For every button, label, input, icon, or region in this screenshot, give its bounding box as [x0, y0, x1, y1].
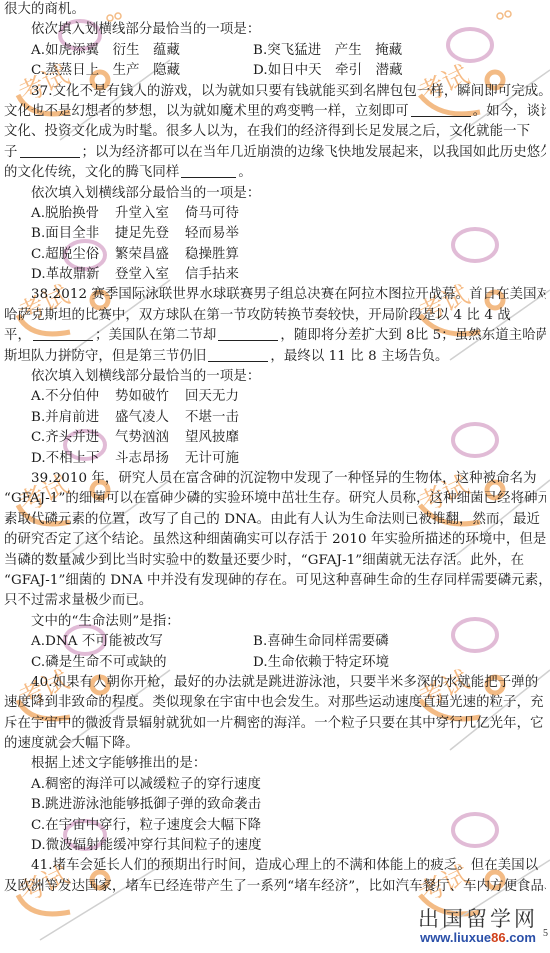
q36-option-d: D.如日中天 牵引 潜藏	[253, 61, 475, 81]
q40-line-3: 斥在宇宙中的微波背景辐射就犹如一片稠密的海洋。一个粒子只要在其中穿行几亿光年，它	[4, 714, 546, 734]
site-name: 出国留学网	[418, 907, 538, 931]
q39-line-6: “GFAJ-1”细菌的 DNA 中并没有发现砷的存在。可见这种喜砷生命的生存同样…	[4, 571, 546, 591]
page-number: 5	[543, 928, 548, 939]
q39-prompt: 文中的“生命法则”是指：	[4, 612, 546, 632]
q38-line-1: 38.2012 赛季国际泳联世界水球联赛男子组总决赛在阿拉木图拉开战幕。首日在美…	[4, 285, 546, 305]
q39-line-2: “GFAJ-1”的细菌可以在富砷少磷的实验环境中茁壮生存。研究人员称，这种细菌已…	[4, 489, 546, 509]
q38-option-a: A.不分伯仲势如破竹回天无力	[4, 387, 546, 407]
q37-prompt: 依次填入划横线部分最恰当的一项是：	[4, 184, 546, 204]
site-url[interactable]: www.liuxue86.com	[418, 931, 538, 945]
q40-option-c: C.在宇宙中穿行，粒子速度会大幅下降	[4, 816, 546, 836]
fill-blank	[33, 327, 93, 341]
q38-option-c: C.齐头并进气势汹汹望风披靡	[4, 428, 546, 448]
q39-option-c: C.磷是生命不可或缺的	[31, 653, 253, 673]
q37-option-a: A.脱胎换骨升堂入室倚马可待	[4, 204, 546, 224]
intro-tail: 很大的商机。	[4, 0, 546, 20]
q36-option-b: B.突飞猛进 产生 掩藏	[253, 41, 475, 61]
q40-line-2: 速度降到非致命的程度。类似现象在宇宙中也会发生。对那些运动速度直逼光速的粒子，充	[4, 693, 546, 713]
q38-prompt: 依次填入划横线部分最恰当的一项是：	[4, 367, 546, 387]
q40-line-1: 40.如果有人朝你开枪，最好的办法就是跳进游泳池，只要半米多深的水就能把子弹的	[4, 673, 546, 693]
q37-line-1: 37.文化不是有钱人的游戏，以为就如只要有钱就能买到名牌包包一样，瞬间即可完成。	[4, 82, 546, 102]
fill-blank	[411, 103, 471, 117]
q40-option-d: D.微波辐射能缓冲穿行其间粒子的速度	[4, 836, 546, 856]
q39-line-4: 的研究否定了这个结论。虽然这种细菌确实可以存活于 2010 年实验所描述的环境中…	[4, 530, 546, 550]
q39-options-row-2: C.磷是生命不可或缺的 D.生命依赖于特定环境	[4, 653, 546, 673]
site-logo[interactable]: 出国留学网 www.liuxue86.com	[418, 907, 538, 945]
q39-option-d: D.生命依赖于特定环境	[253, 653, 475, 673]
q37-line-4: 子；以为经济都可以在当年几近崩溃的边缘飞快地发展起来，以我国如此历史悠久	[4, 143, 546, 163]
q38-option-b: B.并肩前进盛气凌人不堪一击	[4, 408, 546, 428]
q41-line-2: 及欧洲等发达国家，堵车已经连带产生了一系列“堵车经济”，比如汽车餐厅、车内方便食…	[4, 877, 546, 897]
fill-blank	[208, 348, 268, 362]
fill-blank	[20, 144, 80, 158]
fill-blank	[218, 327, 278, 341]
q36-option-a: A.如虎添翼 衍生 蕴藏	[31, 41, 253, 61]
q39-option-b: B.喜砷生命同样需要磷	[253, 632, 475, 652]
q37-line-2: 文化也不是幻想者的梦想，以为就如魔术里的鸡变鸭一样，立刻即可。如今，谈论	[4, 102, 546, 122]
q38-line-2: 哈萨克斯坦的比赛中，双方球队在第一节攻防转换节奏较快，开局阶段是以 4 比 4 …	[4, 306, 546, 326]
fill-blank	[181, 164, 236, 178]
q37-line-3: 文化、投资文化成为时髦。很多人以为，在我们的经济得到长足发展之后，文化就能一下	[4, 122, 546, 142]
q39-line-5: 当磷的数量减少到比当时实验中的数量还要少时，“GFAJ-1”细菌就无法存活。此外…	[4, 551, 546, 571]
q40-option-a: A.稠密的海洋可以减缓粒子的穿行速度	[4, 775, 546, 795]
q36-options-row-2: C.蒸蒸日上 生产 隐藏 D.如日中天 牵引 潜藏	[4, 61, 546, 81]
q37-option-c: C.超脱尘俗繁荣昌盛稳操胜算	[4, 245, 546, 265]
q39-line-7: 只不过需求量极少而已。	[4, 591, 546, 611]
q40-prompt: 根据上述文字能够推出的是：	[4, 754, 546, 774]
q38-line-4: 斯坦队力拼防守，但是第三节仍旧，最终以 11 比 8 主场告负。	[4, 347, 546, 367]
q36-prompt: 依次填入划横线部分最恰当的一项是：	[4, 20, 546, 40]
q36-option-c: C.蒸蒸日上 生产 隐藏	[31, 61, 253, 81]
q36-options-row-1: A.如虎添翼 衍生 蕴藏 B.突飞猛进 产生 掩藏	[4, 41, 546, 61]
q40-line-4: 的速度就会大幅下降。	[4, 734, 546, 754]
q38-option-d: D.不相上下斗志昂扬无计可施	[4, 449, 546, 469]
q39-option-a: A.DNA 不可能被改写	[31, 632, 253, 652]
q39-options-row-1: A.DNA 不可能被改写 B.喜砷生命同样需要磷	[4, 632, 546, 652]
q40-option-b: B.跳进游泳池能够抵御子弹的致命袭击	[4, 795, 546, 815]
q41-line-1: 41.堵车会延长人们的预期出行时间，造成心理上的不满和体能上的疲乏。但在美国以	[4, 856, 546, 876]
q39-line-3: 素取代磷元素的位置，改写了自己的 DNA。由此有人认为生命法则已被推翻，然而，最…	[4, 510, 546, 530]
q37-line-5: 的文化传统，文化的腾飞同样。	[4, 163, 546, 183]
q39-line-1: 39.2010 年，研究人员在富含砷的沉淀物中发现了一种怪异的生物体，这种被命名…	[4, 469, 546, 489]
q37-option-b: B.面目全非捷足先登轻而易举	[4, 224, 546, 244]
q38-line-3: 平，；美国队在第二节却，随即将分差扩大到 8比 5；虽然东道主哈萨克	[4, 326, 546, 346]
q37-option-d: D.革故鼎新登堂入室信手拈来	[4, 265, 546, 285]
document-page: 很大的商机。 依次填入划横线部分最恰当的一项是： A.如虎添翼 衍生 蕴藏 B.…	[0, 0, 550, 897]
